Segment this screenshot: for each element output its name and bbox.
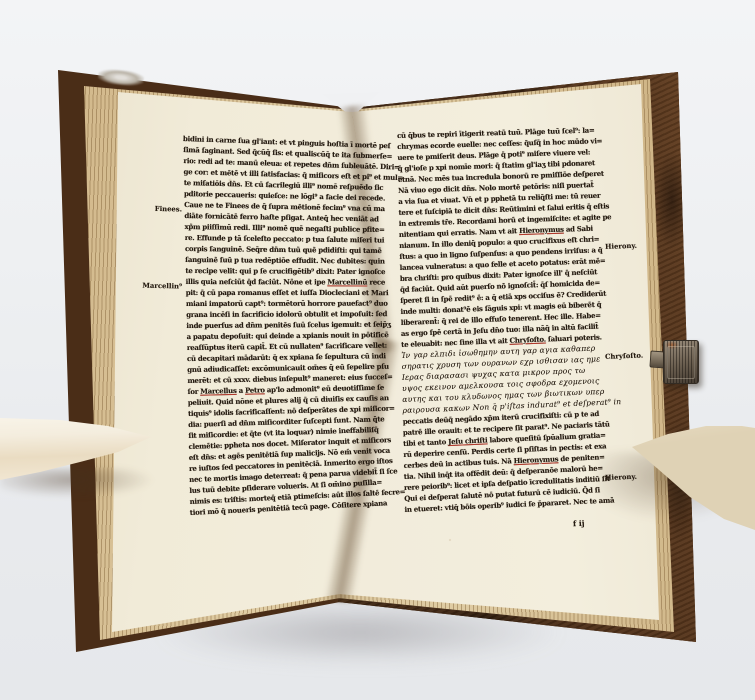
margin-note: Finees.: [136, 204, 182, 213]
photo-stage: bidini in carne ſua gl'iant: et vt pingu…: [0, 0, 755, 700]
margin-note: Marcellin⁹: [136, 281, 182, 290]
clasp: [663, 340, 699, 384]
signature-mark: f ij: [573, 519, 585, 529]
left-page-text: bidini in carne ſua gl'iant: et vt pingu…: [183, 133, 393, 518]
right-page-text: cū q̄bus te repiri ītigerit reatū tuū. P…: [397, 130, 607, 515]
text-line: pit: q̄ cū papa romanus eſſet et iuſſa D…: [186, 287, 396, 298]
text-line: illis quia neſciūt q̄d faciūt. Nōne et i…: [186, 276, 396, 288]
